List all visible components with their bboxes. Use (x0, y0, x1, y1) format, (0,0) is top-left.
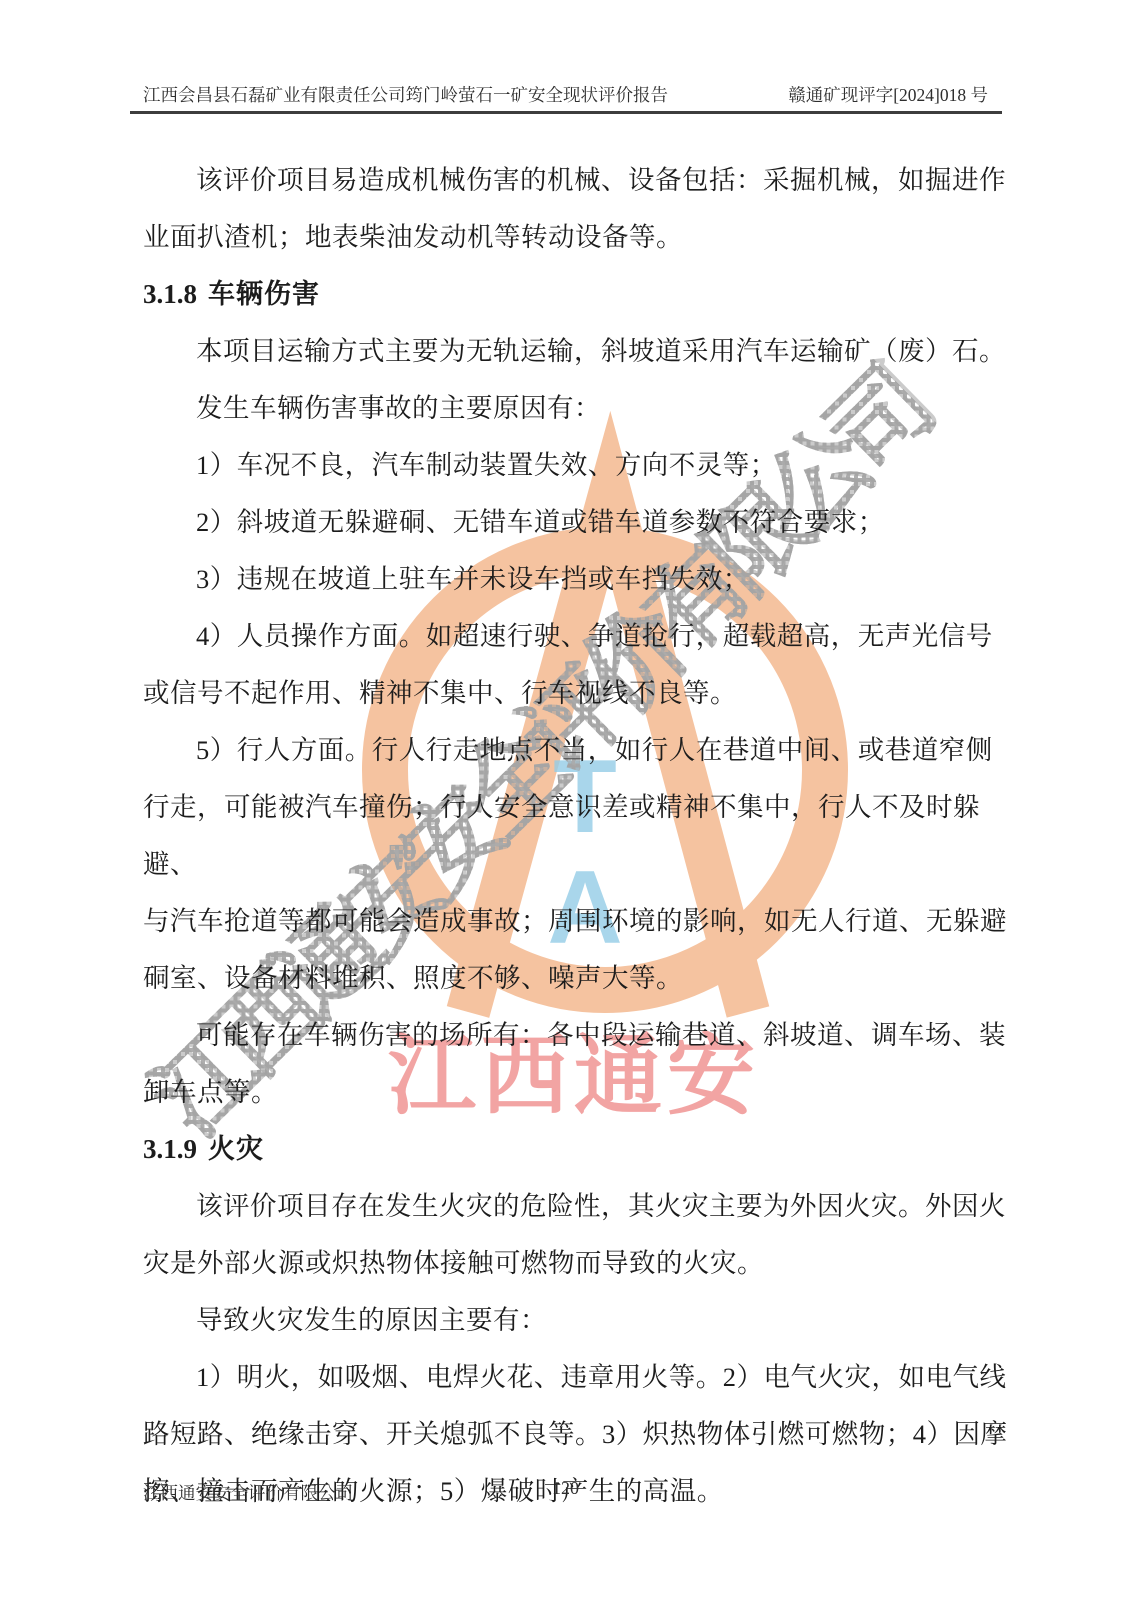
section-heading-3-1-8: 3.1.8车辆伤害 (143, 266, 1023, 323)
section-heading-3-1-9: 3.1.9火灾 (143, 1121, 1023, 1178)
document-page: T A 江西通安 江西通安安全评价有限公司 江西会昌县石磊矿业有限责任公司筠门岭… (0, 0, 1131, 1600)
paragraph-machinery-intro: 该评价项目易造成机械伤害的机械、设备包括：采掘机械，如掘进作 业面扒渣机；地表柴… (143, 152, 1023, 266)
footer-page-number: 120 (0, 1478, 1131, 1499)
section-number: 3.1.8 (143, 279, 197, 309)
header-document-number: 赣通矿现评字[2024]018 号 (788, 84, 988, 106)
paragraph-transport-mode: 本项目运输方式主要为无轨运输，斜坡道采用汽车运输矿（废）石。 (143, 323, 1023, 380)
list-item-cause-2: 2）斜坡道无躲避硐、无错车道或错车道参数不符合要求； (143, 494, 1023, 551)
list-item-cause-3: 3）违规在坡道上驻车并未设车挡或车挡失效； (143, 551, 1023, 608)
header-rule (130, 111, 1002, 114)
header-report-title: 江西会昌县石磊矿业有限责任公司筠门岭萤石一矿安全现状评价报告 (143, 84, 668, 106)
paragraph-fire-causes-lead-in: 导致火灾发生的原因主要有： (143, 1292, 1023, 1349)
section-title: 车辆伤害 (208, 279, 320, 309)
paragraph-fire-risk: 该评价项目存在发生火灾的危险性，其火灾主要为外因火灾。外因火 灾是外部火源或炽热… (143, 1178, 1023, 1292)
list-item-cause-5: 5）行人方面。行人行走地点不当，如行人在巷道中间、或巷道窄侧 行走，可能被汽车撞… (143, 722, 1023, 1007)
paragraph-vehicle-injury-locations: 可能存在车辆伤害的场所有：各中段运输巷道、斜坡道、调车场、装 卸车点等。 (143, 1007, 1023, 1121)
section-title: 火灾 (208, 1134, 264, 1164)
document-body: 该评价项目易造成机械伤害的机械、设备包括：采掘机械，如掘进作 业面扒渣机；地表柴… (143, 152, 1023, 1520)
list-item-cause-1: 1）车况不良，汽车制动装置失效、方向不灵等； (143, 437, 1023, 494)
list-item-cause-4: 4）人员操作方面。如超速行驶、争道抢行，超载超高，无声光信号 或信号不起作用、精… (143, 608, 1023, 722)
paragraph-causes-lead-in: 发生车辆伤害事故的主要原因有： (143, 380, 1023, 437)
section-number: 3.1.9 (143, 1134, 197, 1164)
